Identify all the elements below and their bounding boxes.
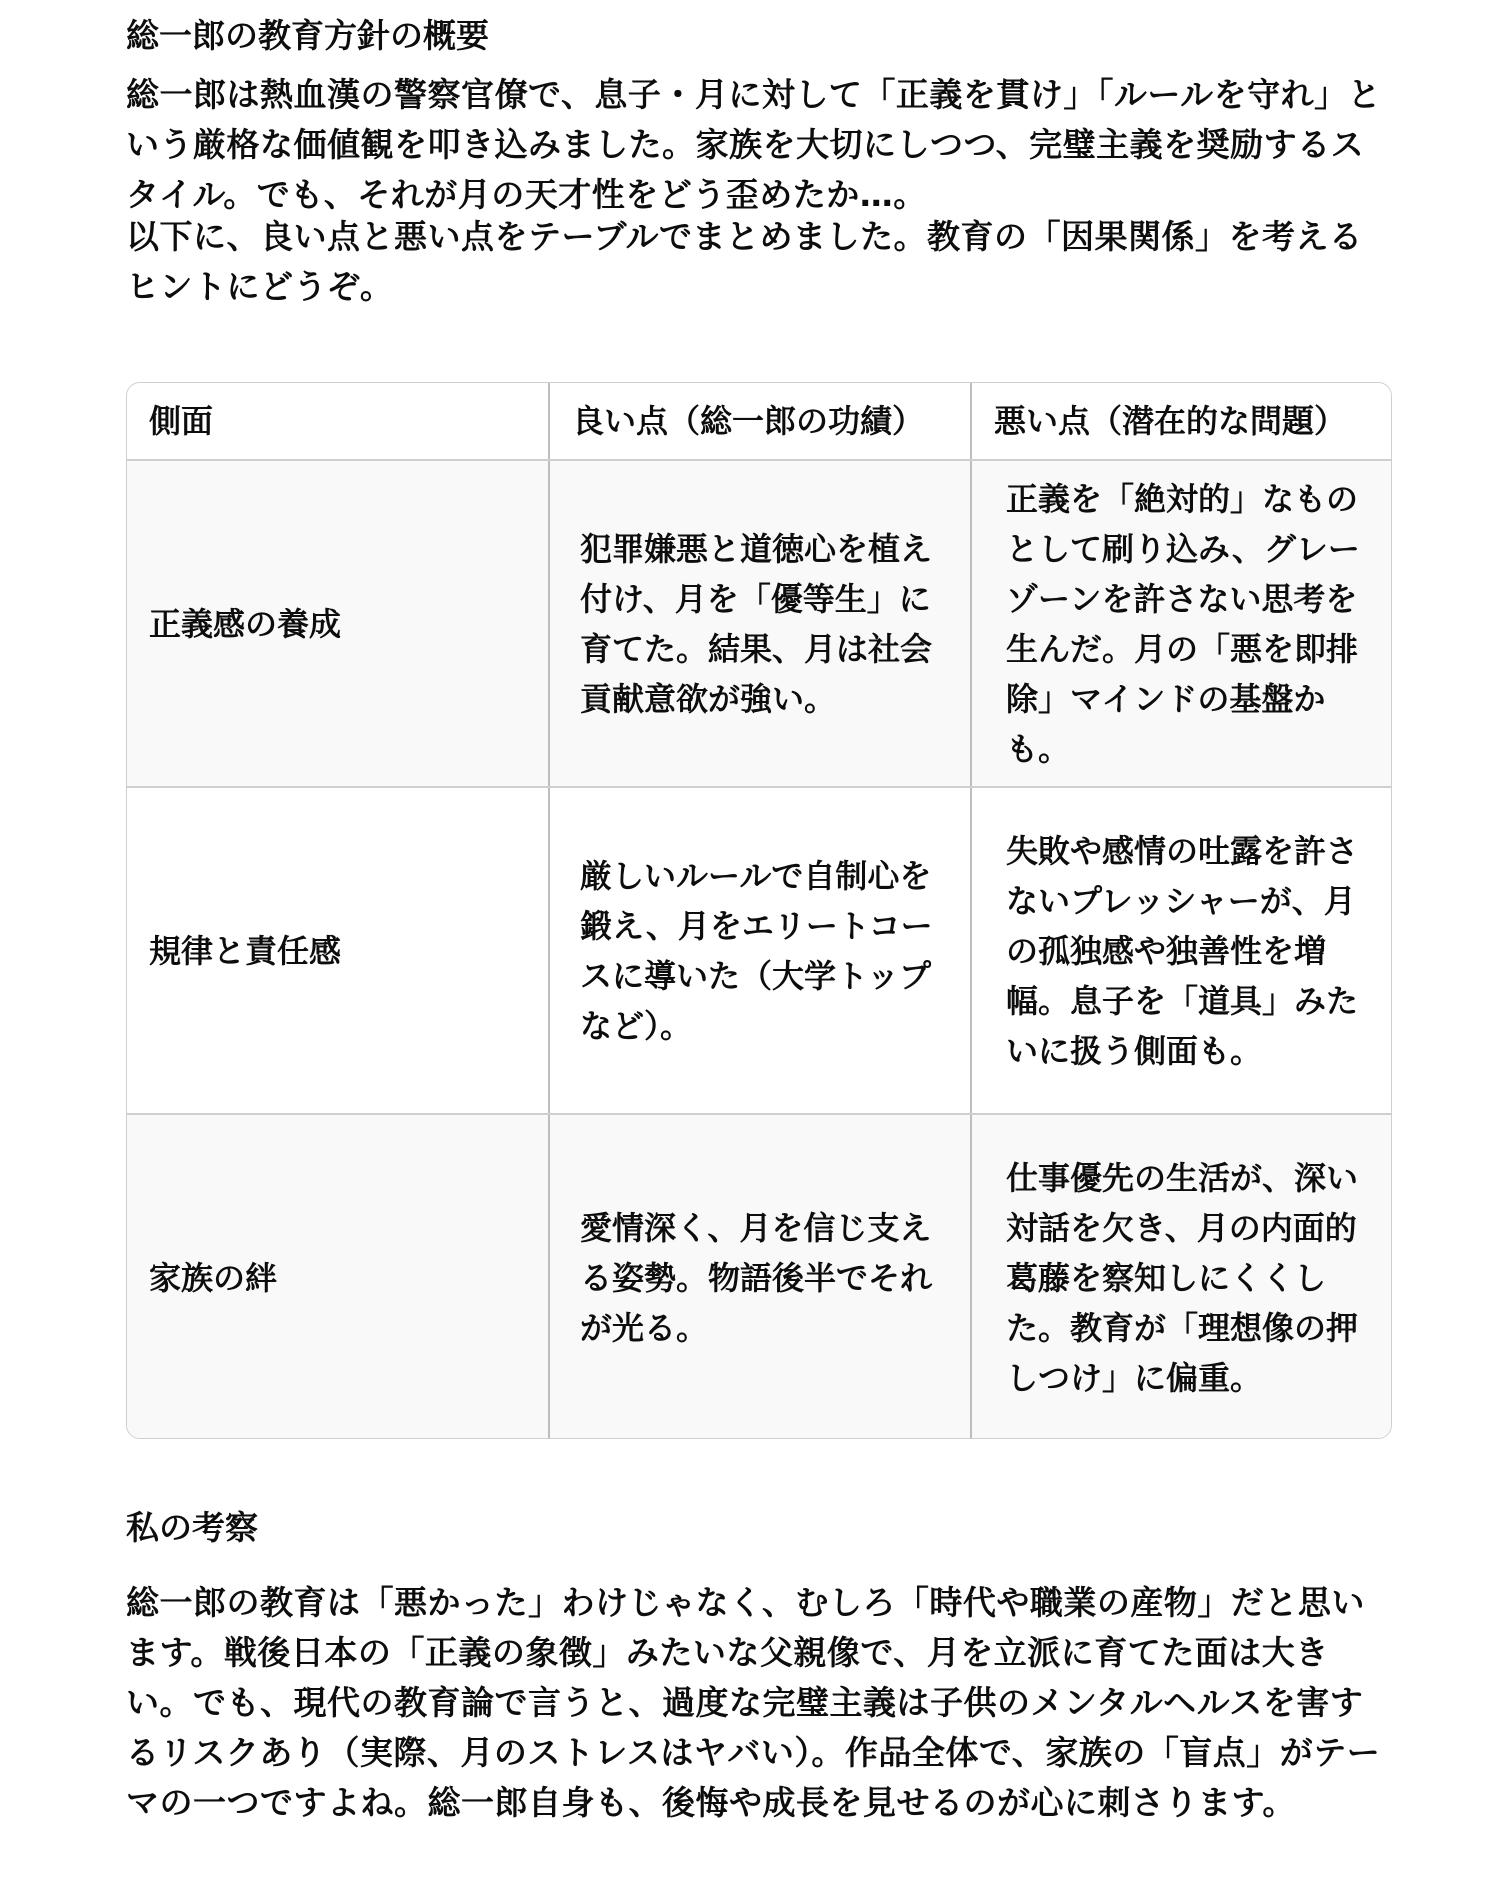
cell-aspect: 規律と責任感 (127, 787, 549, 1114)
table-row: 正義感の養成 犯罪嫌悪と道徳心を植え付け、月を「優等生」に育てた。結果、月は社会… (127, 460, 1392, 787)
section-heading-overview: 総一郎の教育方針の概要 (126, 16, 489, 56)
column-header-bad: 悪い点（潜在的な問題） (971, 383, 1392, 460)
table-row: 規律と責任感 厳しいルールで自制心を鍛え、月をエリートコースに導いた（大学トップ… (127, 787, 1392, 1114)
cell-bad: 失敗や感情の吐露を許さないプレッシャーが、月の孤独感や独善性を増幅。息子を「道具… (971, 787, 1392, 1114)
table-intro-paragraph: 以下に、良い点と悪い点をテーブルでまとめました。教育の「因果関係」を考えるヒント… (126, 212, 1394, 312)
cell-good: 犯罪嫌悪と道徳心を植え付け、月を「優等生」に育てた。結果、月は社会貢献意欲が強い… (549, 460, 971, 787)
column-header-aspect: 側面 (127, 383, 549, 460)
cell-bad: 仕事優先の生活が、深い対話を欠き、月の内面的葛藤を察知しにくくした。教育が「理想… (971, 1114, 1392, 1439)
overview-paragraph: 総一郎は熱血漢の警察官僚で、息子・月に対して「正義を貫け」「ルールを守れ」という… (126, 70, 1394, 220)
section-heading-analysis: 私の考察 (126, 1508, 258, 1548)
cell-good: 愛情深く、月を信じ支える姿勢。物語後半でそれが光る。 (549, 1114, 971, 1439)
comparison-table: 側面 良い点（総一郎の功績） 悪い点（潜在的な問題） 正義感の養成 犯罪嫌悪と道… (126, 382, 1392, 1439)
column-header-good: 良い点（総一郎の功績） (549, 383, 971, 460)
table-header-row: 側面 良い点（総一郎の功績） 悪い点（潜在的な問題） (127, 383, 1392, 460)
table-row: 家族の絆 愛情深く、月を信じ支える姿勢。物語後半でそれが光る。 仕事優先の生活が… (127, 1114, 1392, 1439)
cell-aspect: 家族の絆 (127, 1114, 549, 1439)
cell-aspect: 正義感の養成 (127, 460, 549, 787)
analysis-paragraph: 総一郎の教育は「悪かった」わけじゃなく、むしろ「時代や職業の産物」だと思います。… (126, 1578, 1394, 1828)
cell-good: 厳しいルールで自制心を鍛え、月をエリートコースに導いた（大学トップなど）。 (549, 787, 971, 1114)
cell-bad: 正義を「絶対的」なものとして刷り込み、グレーゾーンを許さない思考を生んだ。月の「… (971, 460, 1392, 787)
